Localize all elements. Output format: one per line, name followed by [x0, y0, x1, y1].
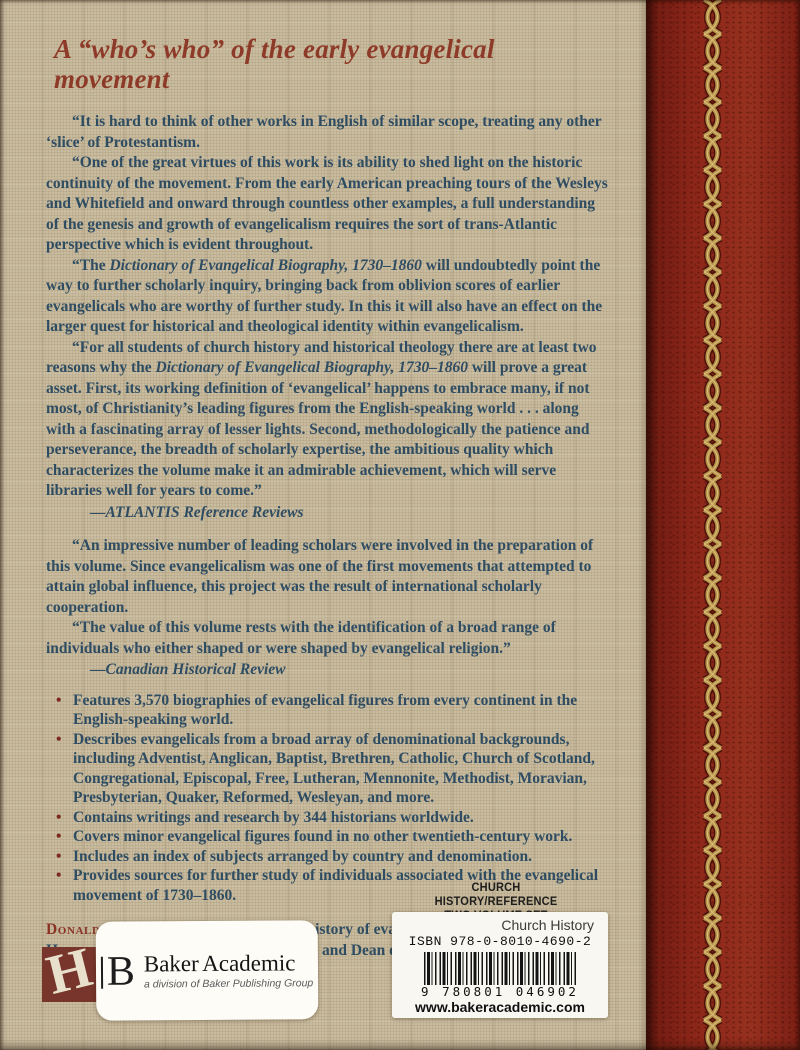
- publisher-text: Baker Academic a division of Baker Publi…: [144, 951, 314, 990]
- isbn-text: ISBN 978-0-8010-4690-2: [392, 934, 608, 949]
- book-title-italic: Dictionary of Evangelical Biography, 173…: [156, 359, 468, 376]
- quote-text: will prove a great asset. First, its wor…: [46, 359, 590, 499]
- feature-item: Contains writings and research by 344 hi…: [56, 808, 608, 828]
- feature-bullet-list: Features 3,570 biographies of evangelica…: [56, 691, 608, 906]
- baker-b-logo-icon: B: [101, 951, 135, 991]
- book-title-italic: Dictionary of Evangelical Biography, 173…: [109, 257, 421, 274]
- review-attribution: —ATLANTIS Reference Reviews: [90, 503, 608, 524]
- cover-headline: A “who’s who” of the early evangelical m…: [54, 34, 608, 94]
- publisher-h-logo: H: [42, 947, 101, 1002]
- publisher-website: www.bakeracademic.com: [392, 999, 608, 1015]
- feature-item: Includes an index of subjects arranged b…: [56, 847, 608, 867]
- publisher-name: Baker Academic: [144, 951, 313, 976]
- review-paragraph: “It is hard to think of other works in E…: [46, 112, 608, 153]
- review-paragraph: “The value of this volume rests with the…: [46, 618, 608, 659]
- feature-item: Describes evangelicals from a broad arra…: [56, 730, 608, 808]
- review-paragraph: “For all students of church history and …: [46, 338, 608, 502]
- review-paragraph: “The Dictionary of Evangelical Biography…: [46, 256, 608, 338]
- barcode-sticker: Church History ISBN 978-0-8010-4690-2 9 …: [392, 912, 608, 1018]
- book-spine: [646, 0, 800, 1050]
- cover-text-block: A “who’s who” of the early evangelical m…: [46, 0, 608, 982]
- review-paragraph: “One of the great virtues of this work i…: [46, 153, 608, 256]
- quote-text: “The: [72, 257, 109, 274]
- barcode-digits: 9 780801 046902: [392, 984, 608, 999]
- feature-item: Features 3,570 biographies of evangelica…: [56, 691, 608, 730]
- feature-item: Covers minor evangelical figures found i…: [56, 827, 608, 847]
- barcode-bars: [424, 952, 578, 985]
- celtic-braid-ornament: [697, 0, 728, 1050]
- baker-academic-sticker: B Baker Academic a division of Baker Pub…: [96, 920, 319, 1021]
- book-back-cover: A “who’s who” of the early evangelical m…: [0, 0, 800, 1050]
- category-line1: CHURCH HISTORY/REFERENCE: [419, 880, 574, 908]
- publisher-tagline: a division of Baker Publishing Group: [144, 977, 313, 990]
- review-attribution: —Canadian Historical Review: [90, 660, 608, 681]
- barcode-category-label: Church History: [392, 912, 608, 933]
- review-paragraph: “An impressive number of leading scholar…: [46, 536, 608, 618]
- review-atlantis: “It is hard to think of other works in E…: [46, 112, 608, 523]
- review-canadian-historical: “An impressive number of leading scholar…: [46, 536, 608, 681]
- h-logo-letter: H: [42, 947, 101, 1002]
